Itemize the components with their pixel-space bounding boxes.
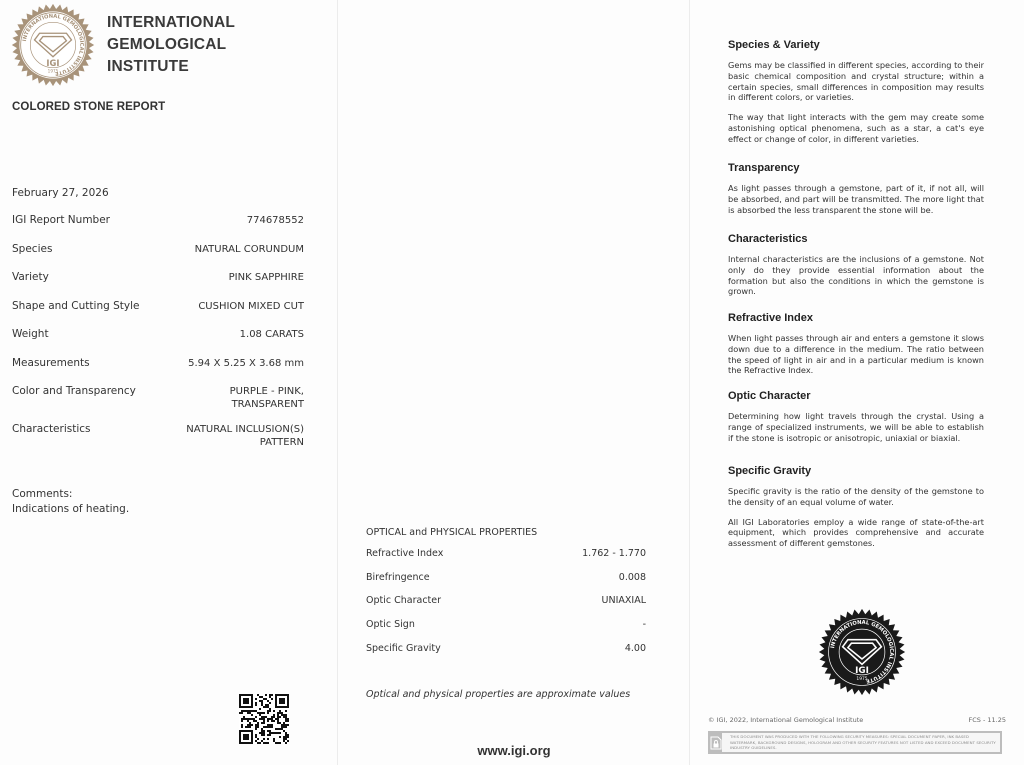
section-paragraph: When light passes through air and enters… <box>728 333 984 376</box>
igi-seal-icon: INTERNATIONAL GEMOLOGICAL INSTITUTE IGI … <box>11 3 95 87</box>
section-paragraph: As light passes through a gemstone, part… <box>728 183 984 215</box>
property-optic-character: Optic Character UNIAXIAL <box>366 595 646 606</box>
property-birefringence: Birefringence 0.008 <box>366 572 646 583</box>
qr-code-icon[interactable] <box>239 694 289 744</box>
field-value: 774678552 <box>247 214 304 227</box>
property-label: Birefringence <box>366 572 430 583</box>
property-specific-gravity: Specific Gravity 4.00 <box>366 643 646 654</box>
svg-text:1975: 1975 <box>48 69 59 74</box>
document-lock-icon <box>710 733 722 752</box>
form-code: FCS - 11.25 <box>969 716 1007 724</box>
website-link[interactable]: www.igi.org <box>338 743 690 758</box>
org-name-line: INTERNATIONAL <box>107 12 235 34</box>
field-value: PURPLE - PINK, TRANSPARENT <box>230 385 304 411</box>
section-title: Specific Gravity <box>728 465 984 477</box>
field-value: PINK SAPPHIRE <box>229 271 304 284</box>
comments-label: Comments: <box>12 487 129 502</box>
section-title: Species & Variety <box>728 39 984 51</box>
field-species: Species NATURAL CORUNDUM <box>12 243 304 256</box>
field-value-line: TRANSPARENT <box>230 398 304 411</box>
org-name-line: GEMOLOGICAL <box>107 34 235 56</box>
section-paragraph: Specific gravity is the ratio of the den… <box>728 486 984 508</box>
field-value: CUSHION MIXED CUT <box>198 300 304 313</box>
property-label: Optic Sign <box>366 619 415 630</box>
field-label: Variety <box>12 271 49 284</box>
report-front-panel: INTERNATIONAL GEMOLOGICAL INSTITUTE IGI … <box>0 0 337 765</box>
section-characteristics: Characteristics Internal characteristics… <box>728 233 984 306</box>
properties-note: Optical and physical properties are appr… <box>366 689 630 700</box>
property-value: - <box>643 619 646 630</box>
field-value-line: PURPLE - PINK, <box>230 385 304 398</box>
property-value: 4.00 <box>625 643 646 654</box>
properties-title: OPTICAL and PHYSICAL PROPERTIES <box>366 527 537 538</box>
field-weight: Weight 1.08 CARATS <box>12 328 304 341</box>
section-paragraph: Determining how light travels through th… <box>728 411 984 443</box>
section-refractive-index: Refractive Index When light passes throu… <box>728 312 984 385</box>
section-paragraph: Internal characteristics are the inclusi… <box>728 254 984 297</box>
info-panel: Species & Variety Gems may be classified… <box>689 0 1024 765</box>
property-label: Refractive Index <box>366 548 443 559</box>
section-paragraph: Gems may be classified in different spec… <box>728 60 984 103</box>
section-paragraph: The way that light interacts with the ge… <box>728 112 984 144</box>
security-notice-box: THIS DOCUMENT WAS PRODUCED WITH THE FOLL… <box>708 731 1002 754</box>
field-shape-cutting-style: Shape and Cutting Style CUSHION MIXED CU… <box>12 300 304 313</box>
organization-name: INTERNATIONAL GEMOLOGICAL INSTITUTE <box>107 12 235 78</box>
field-color-transparency: Color and Transparency PURPLE - PINK, TR… <box>12 385 304 411</box>
property-optic-sign: Optic Sign - <box>366 619 646 630</box>
svg-text:1975: 1975 <box>856 676 867 682</box>
section-title: Refractive Index <box>728 312 984 324</box>
field-label: Color and Transparency <box>12 385 136 411</box>
property-label: Specific Gravity <box>366 643 441 654</box>
field-label: Species <box>12 243 52 256</box>
property-label: Optic Character <box>366 595 441 606</box>
field-measurements: Measurements 5.94 X 5.25 X 3.68 mm <box>12 357 304 370</box>
field-value: NATURAL CORUNDUM <box>195 243 304 256</box>
field-characteristics: Characteristics NATURAL INCLUSION(S) PAT… <box>12 423 304 449</box>
field-label: IGI Report Number <box>12 214 110 227</box>
report-type-title: COLORED STONE REPORT <box>12 101 165 113</box>
report-date: February 27, 2026 <box>12 187 109 199</box>
field-report-number: IGI Report Number 774678552 <box>12 214 304 227</box>
section-transparency: Transparency As light passes through a g… <box>728 162 984 224</box>
comments-text: Indications of heating. <box>12 502 129 517</box>
field-label: Measurements <box>12 357 90 370</box>
field-label: Shape and Cutting Style <box>12 300 139 313</box>
igi-seal-icon: INTERNATIONAL GEMOLOGICAL INSTITUTE IGI … <box>818 608 906 696</box>
svg-text:IGI: IGI <box>46 58 59 68</box>
section-title: Optic Character <box>728 390 984 402</box>
property-value: UNIAXIAL <box>602 595 646 606</box>
properties-panel: OPTICAL and PHYSICAL PROPERTIES Refracti… <box>337 0 689 765</box>
section-optic-character: Optic Character Determining how light tr… <box>728 390 984 452</box>
section-title: Transparency <box>728 162 984 174</box>
field-value-line: PATTERN <box>186 436 304 449</box>
field-value-line: NATURAL INCLUSION(S) <box>186 423 304 436</box>
field-value: 5.94 X 5.25 X 3.68 mm <box>188 357 304 370</box>
field-variety: Variety PINK SAPPHIRE <box>12 271 304 284</box>
section-title: Characteristics <box>728 233 984 245</box>
svg-text:IGI: IGI <box>855 666 869 676</box>
section-paragraph: All IGI Laboratories employ a wide range… <box>728 517 984 549</box>
security-notice-text: THIS DOCUMENT WAS PRODUCED WITH THE FOLL… <box>722 734 1000 751</box>
copyright-notice: © IGI, 2022, International Gemological I… <box>708 716 863 724</box>
field-value: NATURAL INCLUSION(S) PATTERN <box>186 423 304 449</box>
field-value: 1.08 CARATS <box>240 328 304 341</box>
field-label: Characteristics <box>12 423 91 449</box>
org-name-line: INSTITUTE <box>107 56 235 78</box>
section-specific-gravity: Specific Gravity Specific gravity is the… <box>728 465 984 558</box>
field-label: Weight <box>12 328 49 341</box>
property-refractive-index: Refractive Index 1.762 - 1.770 <box>366 548 646 559</box>
comments: Comments: Indications of heating. <box>12 487 129 517</box>
property-value: 0.008 <box>619 572 646 583</box>
section-species-variety: Species & Variety Gems may be classified… <box>728 39 984 154</box>
property-value: 1.762 - 1.770 <box>582 548 646 559</box>
